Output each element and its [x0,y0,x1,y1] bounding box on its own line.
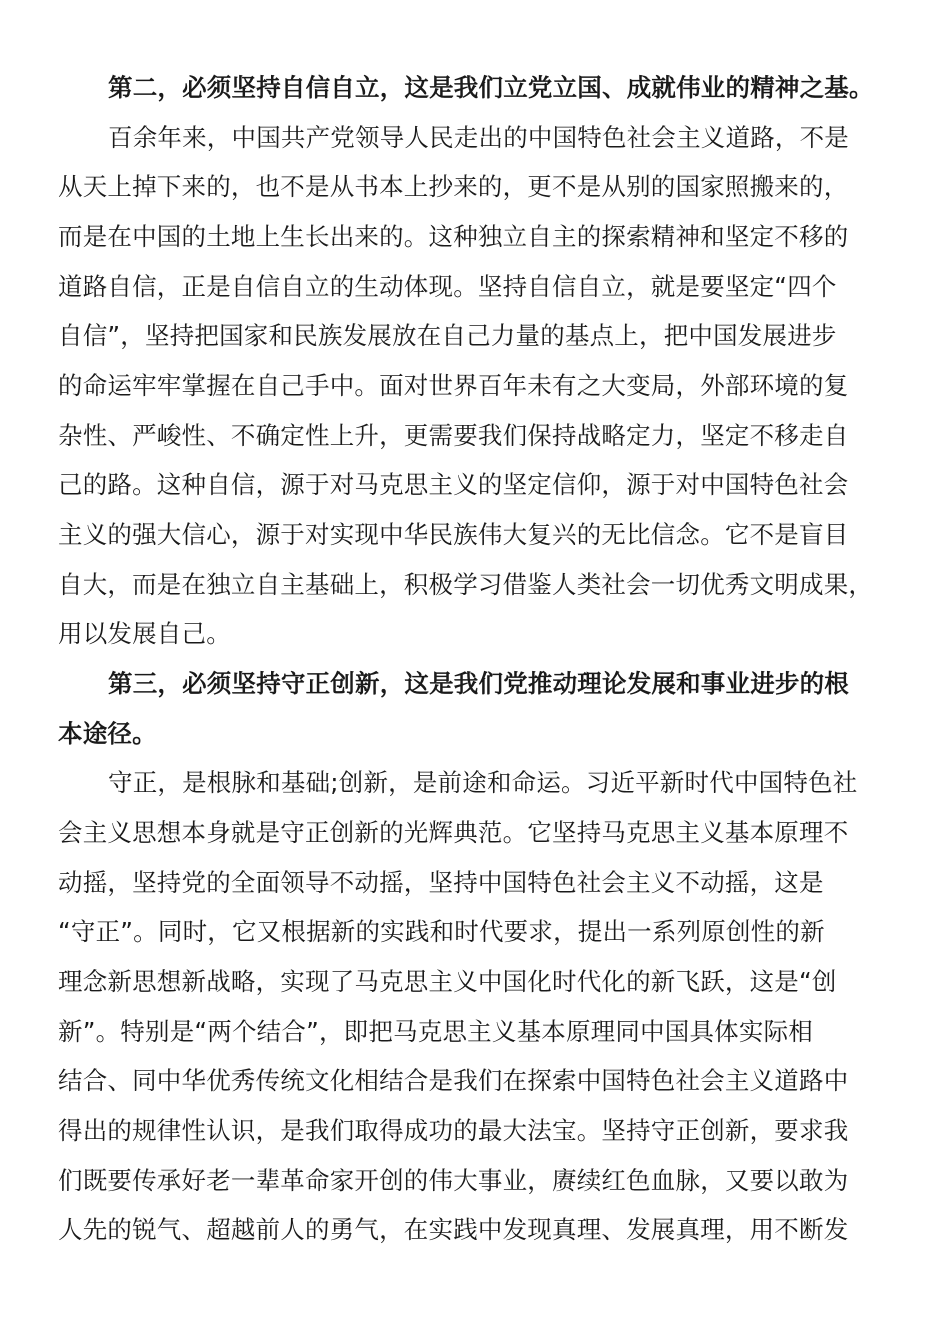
paragraph-line: 结合、同中华优秀传统文化相结合是我们在探索中国特色社会主义道路中 [58,1056,848,1106]
section-heading-3: 第三，必须坚持守正创新，这是我们党推动理论发展和事业进步的根 [108,659,849,709]
paragraph-line: “守正”。同时，它又根据新的实践和时代要求，提出一系列原创性的新 [58,907,825,957]
paragraph-line: 用以发展自己。 [58,609,231,659]
paragraph-line: 百余年来，中国共产党领导人民走出的中国特色社会主义道路，不是 [108,113,849,163]
paragraph-line: 主义的强大信心，源于对实现中华民族伟大复兴的无比信念。它不是盲目 [58,510,848,560]
paragraph-line: 己的路。这种自信，源于对马克思主义的坚定信仰，源于对中国特色社会 [58,460,848,510]
section-heading-2: 第二，必须坚持自信自立，这是我们立党立国、成就伟业的精神之基。 [108,63,874,113]
paragraph-line: 自信”，坚持把国家和民族发展放在自己力量的基点上，把中国发展进步 [58,311,837,361]
paragraph-line: 动摇，坚持党的全面领导不动摇，坚持中国特色社会主义不动摇，这是 [58,858,824,908]
paragraph-line: 人先的锐气、超越前人的勇气，在实践中发现真理、发展真理，用不断发 [58,1205,848,1255]
paragraph-line: 的命运牢牢掌握在自己手中。面对世界百年未有之大变局，外部环境的复 [58,361,848,411]
paragraph-line: 而是在中国的土地上生长出来的。这种独立自主的探索精神和坚定不移的 [58,212,848,262]
paragraph-line: 杂性、严峻性、不确定性上升，更需要我们保持战略定力，坚定不移走自 [58,411,848,461]
document-page: 第二，必须坚持自信自立，这是我们立党立国、成就伟业的精神之基。 百余年来，中国共… [0,0,950,1344]
paragraph-line: 新”。特别是“两个结合”，即把马克思主义基本原理同中国具体实际相 [58,1007,813,1057]
paragraph-line: 道路自信，正是自信自立的生动体现。坚持自信自立，就是要坚定“四个 [58,262,837,312]
paragraph-line: 会主义思想本身就是守正创新的光辉典范。它坚持马克思主义基本原理不 [58,808,848,858]
paragraph-line: 守正，是根脉和基础;创新，是前途和命运。习近平新时代中国特色社 [108,758,857,808]
section-heading-3-continued: 本途径。 [58,709,157,759]
paragraph-line: 理念新思想新战略，实现了马克思主义中国化时代化的新飞跃，这是“创 [58,957,837,1007]
paragraph-line: 自大，而是在独立自主基础上，积极学习借鉴人类社会一切优秀文明成果， [58,560,873,610]
paragraph-line: 得出的规律性认识，是我们取得成功的最大法宝。坚持守正创新，要求我 [58,1106,848,1156]
paragraph-line: 从天上掉下来的，也不是从书本上抄来的，更不是从别的国家照搬来的， [58,162,848,212]
paragraph-line: 们既要传承好老一辈革命家开创的伟大事业，赓续红色血脉，又要以敢为 [58,1156,848,1206]
